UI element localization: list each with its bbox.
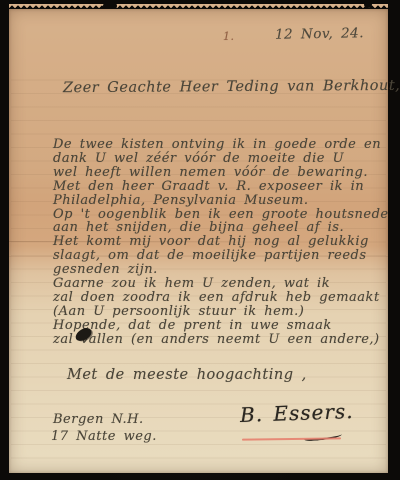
letter-body: De twee kisten ontving ik in goede orde … [53,138,389,347]
sender-address-line: Bergen N.H. [53,412,144,427]
signature: B. Essers. [240,399,354,427]
signature-underline [242,437,341,441]
salutation: Zeer Geachte Heer Teding van Berkhout, [63,78,400,96]
annotation-mark: 1. [223,30,235,43]
body-line: aan het snijden, die bijna geheel af is. [53,221,389,235]
body-line: Philadelphia, Pensylvania Museum. [53,194,389,208]
body-line: Op 't oogenblik ben ik een groote houtsn… [53,208,389,222]
tear-notch [364,1,372,8]
body-line: (Aan U persoonlijk stuur ik hem.) [53,305,389,319]
body-line: zal vallen (en anders neemt U een andere… [53,333,389,347]
body-line: Hopende, dat de prent in uwe smaak [53,319,389,333]
body-line: gesneden zijn. [53,263,389,277]
letter-date: 12 Nov, 24. [275,25,364,43]
body-line: slaagt, om dat de moeilijke partijen ree… [53,249,389,263]
letter-paper: 1. 12 Nov, 24. Zeer Geachte Heer Teding … [9,9,388,473]
closing-line: Met de meeste hoogachting , [67,367,307,383]
body-line: Gaarne zou ik hem U zenden, wat ik [53,277,389,291]
body-line: Met den heer Graadt v. R. exposeer ik in [53,180,389,194]
body-line: Het komt mij voor dat hij nog al gelukki… [53,235,389,249]
body-line: De twee kisten ontving ik in goede orde … [53,138,389,152]
body-line: dank U wel zéér vóór de moeite die U [53,152,389,166]
sender-address-line: 17 Natte weg. [51,429,157,444]
body-line: zal doen zoodra ik een afdruk heb gemaak… [53,291,389,305]
body-line: wel heeft willen nemen vóór de bewaring. [53,166,389,180]
scanned-letter: 1. 12 Nov, 24. Zeer Geachte Heer Teding … [0,0,400,480]
